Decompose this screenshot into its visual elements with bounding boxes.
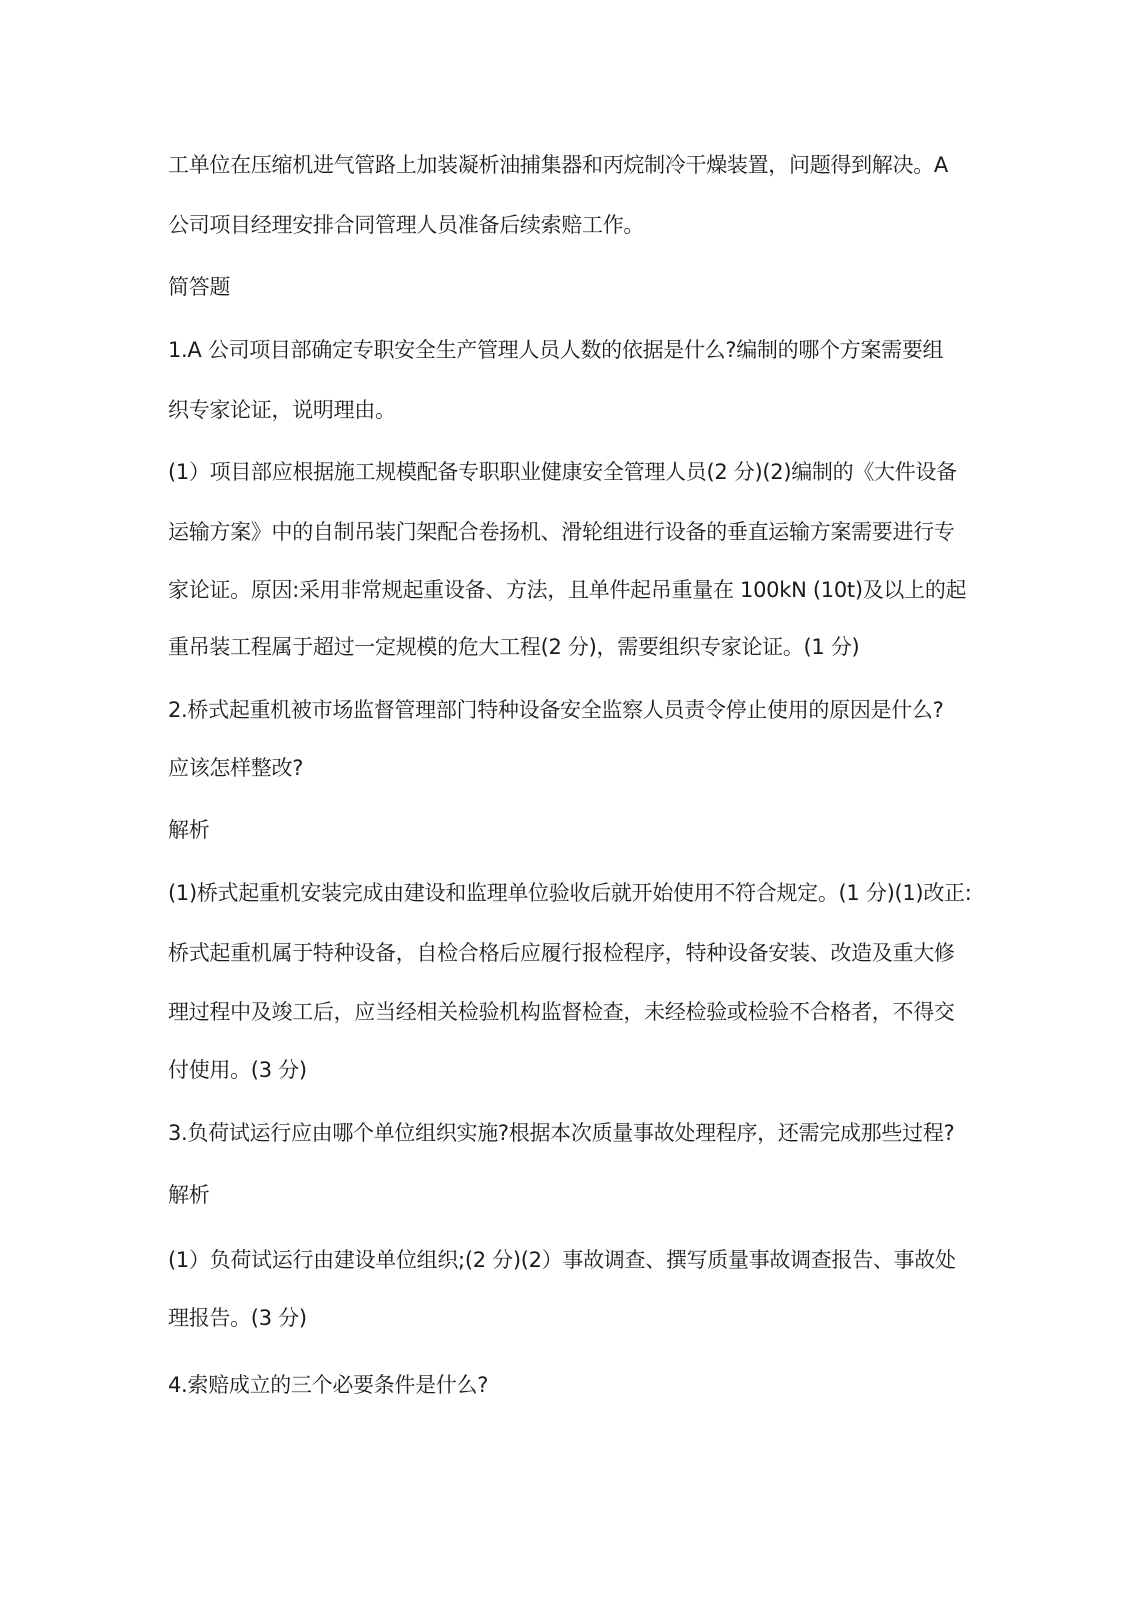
- analysis-label: 解析: [168, 1180, 209, 1210]
- answer-2-line: 桥式起重机属于特种设备，自检合格后应履行报检程序，特种设备安装、改造及重大修: [168, 938, 955, 968]
- answer-2-line: 付使用。(3 分): [168, 1055, 307, 1085]
- answer-3-line: 理报告。(3 分): [168, 1303, 307, 1333]
- answer-2-line: (1)桥式起重机安装完成由建设和监理单位验收后就开始使用不符合规定。(1 分)(…: [168, 878, 972, 908]
- section-heading: 简答题: [168, 272, 230, 302]
- analysis-label: 解析: [168, 815, 209, 845]
- question-2-line: 应该怎样整改?: [168, 753, 303, 783]
- paragraph-line: 公司项目经理安排合同管理人员准备后续索赔工作。: [168, 210, 644, 240]
- answer-2-line: 理过程中及竣工后，应当经相关检验机构监督检查，未经检验或检验不合格者，不得交: [168, 997, 955, 1027]
- question-1-line: 1.A 公司项目部确定专职安全生产管理人员人数的依据是什么?编制的哪个方案需要组: [168, 335, 943, 365]
- paragraph-line: 工单位在压缩机进气管路上加装凝析油捕集器和丙烷制冷干燥装置，问题得到解决。A: [168, 150, 948, 180]
- question-2-line: 2.桥式起重机被市场监督管理部门特种设备安全监察人员责令停止使用的原因是什么?: [168, 695, 943, 725]
- answer-3-line: (1）负荷试运行由建设单位组织;(2 分)(2）事故调查、撰写质量事故调查报告、…: [168, 1245, 956, 1275]
- answer-1-line: 运输方案》中的自制吊装门架配合卷扬机、滑轮组进行设备的垂直运输方案需要进行专: [168, 517, 955, 547]
- answer-1-line: (1）项目部应根据施工规模配备专职职业健康安全管理人员(2 分)(2)编制的《大…: [168, 457, 957, 487]
- question-4-line: 4.索赔成立的三个必要条件是什么?: [168, 1370, 488, 1400]
- answer-1-line: 重吊装工程属于超过一定规模的危大工程(2 分)，需要组织专家论证。(1 分): [168, 632, 859, 662]
- answer-1-line: 家论证。原因:采用非常规起重设备、方法，且单件起吊重量在 100kN (10t)…: [168, 575, 966, 605]
- question-1-line: 织专家论证，说明理由。: [168, 395, 396, 425]
- question-3-line: 3.负荷试运行应由哪个单位组织实施?根据本次质量事故处理程序，还需完成那些过程?: [168, 1118, 954, 1148]
